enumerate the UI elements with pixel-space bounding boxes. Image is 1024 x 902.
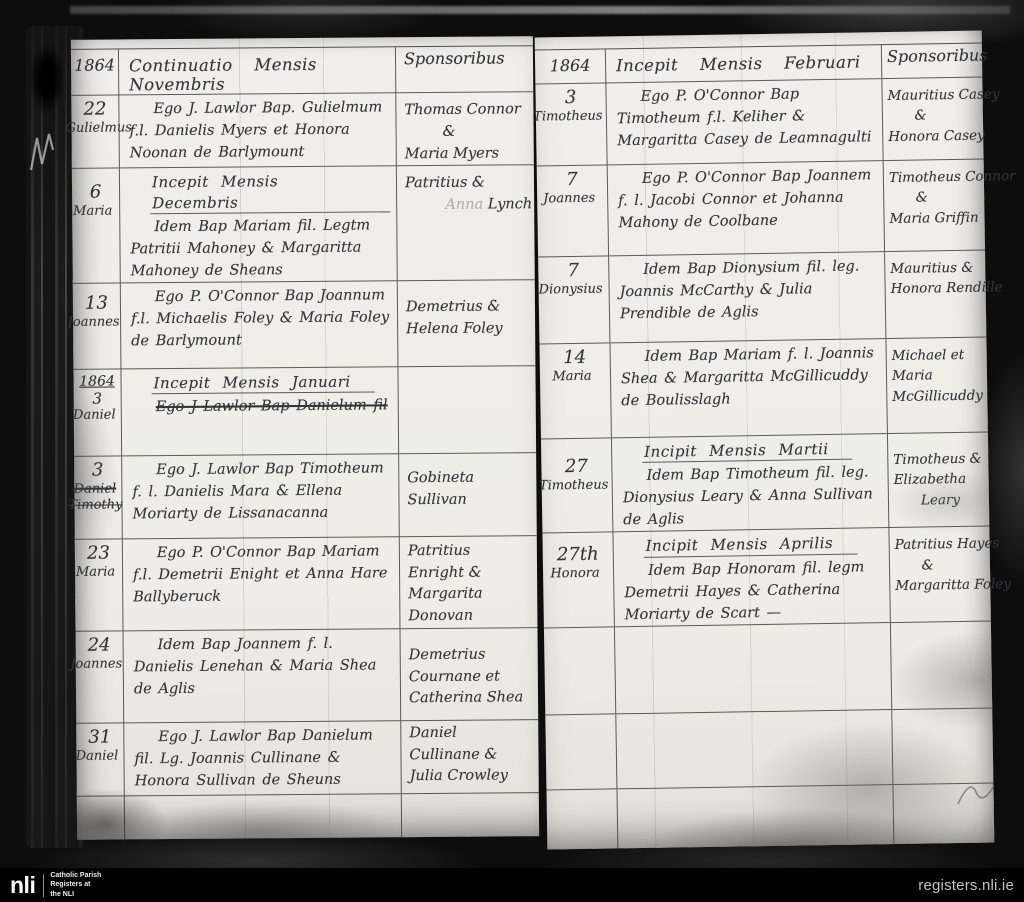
sponsors-header-cell: Sponsoribus <box>396 46 533 92</box>
entry-record-cell: Ego P. O'Connor Bap Timotheum f.l. Kelih… <box>606 79 883 164</box>
entry-record-cell: Ego J. Lawlor Bap Danielum fil. Lg. Joan… <box>124 721 402 795</box>
site-url-watermark: registers.nli.ie <box>918 877 1014 894</box>
entry-record-text: Ego J. Lawlor Bap Danielum fil. Lg. Joan… <box>134 724 395 792</box>
entry-date-cell: 14 Maria <box>539 343 611 438</box>
empty-register-row <box>545 708 993 790</box>
logo-caption-line: Registers at <box>50 880 101 889</box>
nli-logo: nli Catholic Parish Registers at the NLI <box>10 871 101 898</box>
entry-day: 27 <box>541 456 611 478</box>
empty-register-row <box>77 793 539 841</box>
baptism-entry-row: 24 Joannes Idem Bap Joannem f. l. Daniel… <box>76 628 539 724</box>
entry-child-name: Maria <box>66 203 119 220</box>
entry-record-cell: Incipit Mensis Martii Idem Bap Timotheum… <box>612 434 889 532</box>
month-title: Continuatio Mensis Novembris <box>129 50 389 94</box>
sponsor-line: Elizabetha <box>893 469 986 491</box>
entry-sponsors-cell: Patritius Enright & Margarita Donovan <box>400 536 538 628</box>
sponsors-label: Sponsoribus <box>404 44 505 68</box>
logo-caption: Catholic Parish Registers at the NLI <box>50 871 101 898</box>
entry-date-cell: 3 Daniel Timothy <box>74 456 123 538</box>
entry-record-cell: Ego P. O'Connor Bap Mariam f.l. Demetrii… <box>123 537 401 630</box>
baptism-entry-row: 13 Joannes Ego P. O'Connor Bap Joannum f… <box>73 280 536 370</box>
empty-register-row <box>546 783 994 850</box>
entry-sponsors-cell: Mauritius & Honora Rendille <box>885 251 986 339</box>
entry-day: 7 <box>537 169 607 191</box>
entry-sponsors-cell <box>892 708 993 784</box>
entry-year: 1864 <box>73 373 120 390</box>
entry-child-name: Daniel <box>70 748 123 765</box>
corner-pen-flourish <box>956 776 996 810</box>
entry-child-name: Honora <box>537 565 613 583</box>
entry-day: 27th <box>543 545 613 567</box>
faded-sponsor-name: Anna <box>445 197 483 213</box>
month-section-heading: Incepit Mensis Januari <box>151 371 374 394</box>
entry-sponsors-cell: Mauritius Casey & Honora Casey <box>882 78 983 161</box>
entry-record-cell <box>616 710 893 788</box>
entry-date-cell: 27th Honora <box>542 533 614 627</box>
sponsor-line: Demetrius <box>409 644 536 667</box>
entry-record-text: Idem Bap Mariam fil. Legtm Patritii Maho… <box>130 214 391 282</box>
sponsor-line: Anna Lynch <box>405 194 532 217</box>
sponsors-header-cell: Sponsoribus <box>882 44 983 79</box>
sponsor-line: McGillicuddy <box>892 385 985 407</box>
entry-sponsors-cell: Timotheus Connor & Maria Griffin <box>884 160 985 252</box>
entry-day: 31 <box>76 727 123 748</box>
ampersand: & <box>405 121 494 143</box>
entry-record-cell: Incipit Mensis Aprilis Idem Bap Honoram … <box>613 528 890 626</box>
ampersand: & <box>889 187 954 208</box>
sponsor-line: Mauritius & <box>890 258 983 280</box>
entry-sponsors-cell: Demetrius Cournane et Catherina Shea <box>401 628 539 720</box>
register-table-right: 1864 Incepit Mensis Februari Sponsoribus… <box>535 43 995 851</box>
entry-date-cell <box>545 714 617 789</box>
entry-date-cell: 31 Daniel <box>76 723 125 795</box>
month-header-cell: Continuatio Mensis Novembris <box>119 47 396 94</box>
entry-sponsors-cell: Daniel Cullinane & Julia Crowley <box>401 720 539 793</box>
register-table-left: 1864 Continuatio Mensis Novembris Sponso… <box>71 45 539 841</box>
ampersand: & <box>895 555 960 576</box>
entry-date-cell: 24 Joannes <box>76 631 125 722</box>
entry-record-text: Ego P. O'Connor Bap Joannum f.l. Michael… <box>131 284 392 352</box>
entry-date-cell: 7 Joannes <box>537 165 609 256</box>
empty-register-row <box>544 621 992 715</box>
entry-day: 3 <box>74 460 121 481</box>
entry-day: 14 <box>540 347 610 369</box>
entry-child-name: Dionysius <box>532 281 608 299</box>
entry-child-name: Daniel <box>68 407 121 424</box>
entry-day: 13 <box>73 293 120 314</box>
entry-sponsors-cell: Patritius Hayes & Margaritta Foley <box>889 527 990 622</box>
baptism-entry-row: 6 Maria Incepit Mensis Decembris Idem Ba… <box>72 165 535 283</box>
month-title: Incepit Mensis Februari <box>616 48 875 75</box>
entry-date-cell: 6 Maria <box>72 169 121 283</box>
entry-sponsors-cell: Gobineta Sullivan <box>399 453 537 536</box>
table-header-row: 1864 Continuatio Mensis Novembris Sponso… <box>71 46 533 96</box>
sponsor-line: Margarita <box>408 584 535 607</box>
baptism-entry-row: 3 Daniel Timothy Ego J. Lawlor Bap Timot… <box>74 453 537 540</box>
nli-logo-glyph: nli <box>10 875 35 896</box>
baptism-entry-row: 14 Maria Idem Bap Mariam f. l. Joannis S… <box>539 338 987 440</box>
year-label: 1864 <box>74 55 115 74</box>
entry-record-cell <box>615 623 892 713</box>
entry-child-name: Joannes <box>531 190 607 208</box>
sponsor-line: Catherina Shea <box>409 688 536 711</box>
entry-day: 22 <box>71 99 118 120</box>
entry-record-cell: Idem Bap Dionysium fil. leg. Joannis McC… <box>609 252 886 342</box>
entry-sponsors-cell: Thomas Connor & Maria Myers <box>396 92 534 165</box>
baptism-entry-row: 27th Honora Incipit Mensis Aprilis Idem … <box>542 527 990 628</box>
sponsor-line: Cournane et <box>409 666 536 689</box>
footer-bar: nli Catholic Parish Registers at the NLI… <box>0 868 1024 902</box>
entry-record-cell: Ego P. O'Connor Bap Joannum f.l. Michael… <box>121 281 399 368</box>
entry-record-cell: Ego J. Lawlor Bap Timotheum f. l. Daniel… <box>122 454 400 538</box>
month-header-cell: Incepit Mensis Februari <box>606 45 882 82</box>
entry-record-text: Idem Bap Timotheum fil. leg. Dionysius L… <box>622 461 882 531</box>
year-label: 1864 <box>550 56 591 76</box>
year-header-cell: 1864 <box>71 49 119 94</box>
entry-record-text: Ego J. Lawlor Bap Timotheum f. l. Daniel… <box>132 457 393 525</box>
sponsor-line: Patritius Hayes <box>895 534 988 556</box>
entry-child-name: Joannes <box>67 314 120 331</box>
entry-date-cell: 22 Gulielmus <box>71 95 120 168</box>
baptism-entry-row: 27 Timotheus Incipit Mensis Martii Idem … <box>541 432 989 533</box>
entry-record-text: Ego J. Lawlor Bap. Gulielmum f.l. Daniel… <box>129 96 390 164</box>
entry-sponsors-cell: Patritius & Anna Lynch <box>397 165 535 280</box>
sponsor-line: Helena Foley <box>406 318 533 341</box>
entry-record-text: Ego P. O'Connor Bap Joannem f. l. Jacobi… <box>618 164 878 234</box>
register-page-left: 1864 Continuatio Mensis Novembris Sponso… <box>71 36 539 840</box>
logo-caption-line: Catholic Parish <box>50 871 101 880</box>
sponsor-line: Thomas Connor <box>404 99 531 122</box>
entry-sponsors-cell: Michael et Maria McGillicuddy <box>886 338 987 434</box>
entry-record-cell: Idem Bap Joannem f. l. Danielis Lenehan … <box>124 629 402 722</box>
sponsor-line: Honora Rendille <box>890 278 983 300</box>
binding-ink-blotch <box>30 44 64 114</box>
scanned-register-image: 1864 Continuatio Mensis Novembris Sponso… <box>0 0 1024 902</box>
entry-date-cell <box>544 627 616 714</box>
baptism-entry-row: 3 Timotheus Ego P. O'Connor Bap Timotheu… <box>535 78 983 167</box>
entry-day: 3 <box>74 390 121 408</box>
baptism-entry-row: 7 Joannes Ego P. O'Connor Bap Joannem f.… <box>537 160 985 258</box>
entry-day: 3 <box>535 87 605 109</box>
entry-child-name: Timotheus <box>530 108 606 126</box>
entry-date-cell: 27 Timotheus <box>541 438 613 532</box>
month-section-heading: Incepit Mensis Decembris <box>150 171 390 214</box>
sponsor-line: Julia Crowley <box>410 766 537 789</box>
entry-sponsors-cell <box>402 793 539 838</box>
baptism-entry-row: 23 Maria Ego P. O'Connor Bap Mariam f.l.… <box>75 536 538 632</box>
entry-date-cell <box>77 796 125 841</box>
entry-child-name: Maria <box>534 368 610 386</box>
month-section-heading: Incipit Mensis Martii <box>642 439 853 464</box>
entry-child-name: Maria <box>69 564 122 581</box>
sponsor-line: Sullivan <box>407 489 534 512</box>
logo-caption-line: the NLI <box>50 890 101 899</box>
sponsor-line: Maria Griffin <box>889 207 982 229</box>
entry-child-name: Timotheus <box>536 477 612 495</box>
entry-record-text: Idem Bap Honoram fil. legm Demetrii Haye… <box>624 556 884 626</box>
entry-record-cell: Ego J. Lawlor Bap. Gulielmum f.l. Daniel… <box>119 93 397 167</box>
entry-record-text: Idem Bap Mariam f. l. Joannis Shea & Mar… <box>621 342 881 412</box>
sponsor-surname: Lynch <box>488 196 532 212</box>
entry-sponsors-cell <box>398 366 536 453</box>
sponsor-line: Demetrius & <box>406 296 533 319</box>
entry-date-cell: 7 Dionysius <box>538 256 610 343</box>
entry-record-cell <box>125 794 402 840</box>
entry-child-name: Gulielmus <box>65 120 118 137</box>
sponsor-line: Timotheus & <box>893 449 986 471</box>
month-section-heading: Incipit Mensis Aprilis <box>643 533 857 558</box>
baptism-entry-row: 31 Daniel Ego J. Lawlor Bap Danielum fil… <box>76 720 539 797</box>
sponsor-line: Maria <box>892 365 985 387</box>
ampersand: & <box>888 105 953 126</box>
scan-light-streak <box>70 6 1010 14</box>
sponsor-line: Donovan <box>408 605 535 628</box>
entry-child-name: Timothy <box>68 498 121 515</box>
entry-sponsors-cell <box>891 621 992 709</box>
entry-record-text: Ego P. O'Connor Bap Mariam f.l. Demetrii… <box>133 540 394 608</box>
entry-day: 23 <box>75 543 122 564</box>
entry-record-text: Idem Bap Dionysium fil. leg. Joannis McC… <box>619 255 879 325</box>
entry-date-cell: 1864 3 Daniel <box>73 369 122 455</box>
entry-day: 6 <box>72 183 119 204</box>
entry-record-cell: Ego P. O'Connor Bap Joannem f. l. Jacobi… <box>608 161 885 255</box>
entry-sponsors-cell: Timotheus & Elizabetha Leary <box>888 432 989 527</box>
entry-record-cell: Incepit Mensis Decembris Idem Bap Mariam… <box>120 167 398 283</box>
entry-day: 24 <box>76 635 123 656</box>
entry-record-cell <box>617 785 894 850</box>
sponsor-line: Enright & <box>408 562 535 585</box>
entry-record-cell: Incepit Mensis Januari Ego J Lawlor Bap … <box>121 367 399 455</box>
sponsor-line: Patritius <box>408 540 535 563</box>
entry-date-cell <box>546 789 618 850</box>
sponsor-line: Timotheus Connor <box>889 167 982 189</box>
sponsor-line: Margaritta Foley <box>895 574 988 596</box>
entry-date-cell: 3 Timotheus <box>535 83 607 165</box>
sponsor-line: Honora Casey <box>888 125 981 147</box>
entry-date-cell: 13 Joannes <box>73 283 122 368</box>
sponsor-line: Patritius & <box>405 172 532 195</box>
entry-record-text: Idem Bap Joannem f. l. Danielis Lenehan … <box>134 632 395 700</box>
sponsor-line: Mauritius Casey <box>887 85 980 107</box>
entry-record-text: Ego P. O'Connor Bap Timotheum f.l. Kelih… <box>616 82 876 152</box>
sponsor-line: Gobineta <box>407 467 534 490</box>
sponsor-line: Michael et <box>892 345 985 367</box>
sponsor-line: Daniel <box>409 722 536 745</box>
logo-divider <box>43 874 44 897</box>
entry-child-name: Joannes <box>70 656 123 673</box>
entry-record-cell: Idem Bap Mariam f. l. Joannis Shea & Mar… <box>610 339 887 437</box>
sponsor-line: Cullinane & <box>409 744 536 767</box>
sponsor-line: Maria Myers <box>405 143 532 166</box>
entry-child-name-struck: Daniel <box>68 481 121 498</box>
entry-record-text-struck: Ego J Lawlor Bap Danielum fil <box>132 394 392 418</box>
entry-day: 7 <box>538 260 608 282</box>
margin-pen-mark <box>28 130 56 176</box>
entry-sponsors-cell: Demetrius & Helena Foley <box>398 280 536 366</box>
register-page-right: 1864 Incepit Mensis Februari Sponsoribus… <box>535 31 995 850</box>
entry-date-cell: 23 Maria <box>75 539 124 630</box>
year-header-cell: 1864 <box>535 49 607 83</box>
sponsors-label: Sponsoribus <box>887 41 988 66</box>
baptism-entry-row: 7 Dionysius Idem Bap Dionysium fil. leg.… <box>538 251 986 345</box>
baptism-entry-row: 22 Gulielmus Ego J. Lawlor Bap. Gulielmu… <box>71 92 534 169</box>
baptism-entry-row: 1864 3 Daniel Incepit Mensis Januari Ego… <box>73 366 536 457</box>
sponsor-line: Leary <box>894 489 987 511</box>
